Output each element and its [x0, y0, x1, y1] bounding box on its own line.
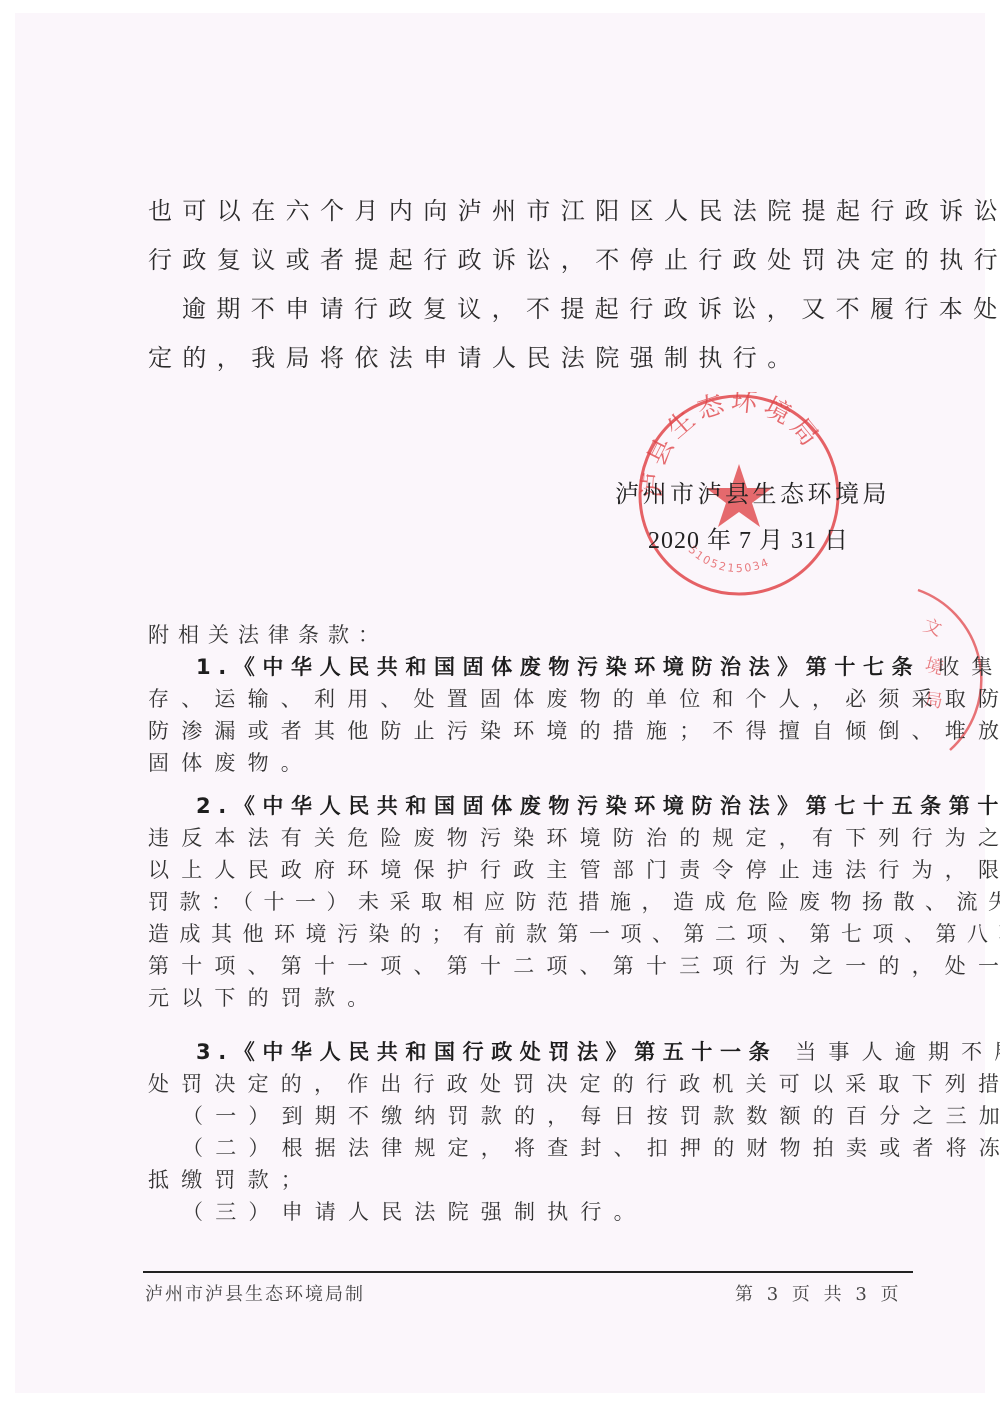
law-text-1-2: 防渗漏或者其他防止污染环境的措施；不得擅自倾倒、堆放、丢弃、遗撒: [148, 716, 1000, 746]
law-text-3-3: （二）根据法律规定，将查封、扣押的财物拍卖或者将冻结的存款划拨: [182, 1133, 1000, 1163]
law-text-1-0: 收集、贮: [938, 655, 1000, 679]
footer-divider: [143, 1271, 913, 1273]
body-line-3: 逾期不申请行政复议，不提起行政诉讼，又不履行本处罚决: [182, 294, 1000, 324]
law-text-3-1: 处罚决定的，作出行政处罚决定的行政机关可以采取下列措施：: [148, 1069, 1000, 1099]
law-text-2-5: 元以下的罚款。: [148, 983, 380, 1013]
law-text-3-2: （一）到期不缴纳罚款的，每日按罚款数额的百分之三加处罚款；: [182, 1101, 1000, 1131]
law-text-2-1: 以上人民政府环境保护行政主管部门责令停止违法行为，限期改正，处以: [148, 855, 1000, 885]
law-title-3: 3.《中华人民共和国行政处罚法》第五十一条: [196, 1040, 777, 1064]
appendix-item-2: 2.《中华人民共和国固体废物污染环境防治法》第七十五条第十一项: [196, 791, 1000, 821]
law-text-1-3: 固体废物。: [148, 748, 314, 778]
law-title-2: 2.《中华人民共和国固体废物污染环境防治法》第七十五条第十一项: [196, 794, 1000, 818]
law-text-3-0: 当事人逾期不履行行政: [795, 1040, 1000, 1064]
footer-issuer: 泸州市泸县生态环境局制: [145, 1280, 365, 1306]
law-text-3-5: （三）申请人民法院强制执行。: [182, 1197, 647, 1227]
law-title-1: 1.《中华人民共和国固体废物污染环境防治法》第十七条: [196, 655, 920, 679]
body-line-4: 定的，我局将依法申请人民法院强制执行。: [148, 343, 802, 373]
law-text-2-0: 违反本法有关危险废物污染环境防治的规定，有下列行为之一的，由县级: [148, 823, 1000, 853]
appendix-item-1: 1.《中华人民共和国固体废物污染环境防治法》第十七条收集、贮: [196, 652, 1000, 682]
appendix-heading: 附相关法律条款：: [148, 620, 388, 650]
body-line-1: 也可以在六个月内向泸州市江阳区人民法院提起行政诉讼。申请: [148, 196, 1000, 226]
law-text-2-3: 造成其他环境污染的；有前款第一项、第二项、第七项、第八项、第九项、: [148, 919, 1000, 949]
appendix-item-3: 3.《中华人民共和国行政处罚法》第五十一条当事人逾期不履行行政: [196, 1037, 1000, 1067]
law-text-2-4: 第十项、第十一项、第十二项、第十三项行为之一的，处一万元以上十万: [148, 951, 1000, 981]
law-text-1-1: 存、运输、利用、处置固体废物的单位和个人，必须采取防扬散、防流失、: [148, 684, 1000, 714]
body-line-2: 行政复议或者提起行政诉讼，不停止行政处罚决定的执行。: [148, 245, 1000, 275]
law-text-2-2: 罚款：（十一）未采取相应防范措施，造成危险废物扬散、流失、渗漏或者: [148, 887, 1000, 917]
law-text-3-4: 抵缴罚款；: [148, 1165, 314, 1195]
issuer-name: 泸州市泸县生态环境局: [615, 474, 890, 509]
page-number: 第 3 页 共 3 页: [735, 1280, 903, 1306]
issue-date: 2020 年 7 月 31 日: [648, 520, 849, 555]
